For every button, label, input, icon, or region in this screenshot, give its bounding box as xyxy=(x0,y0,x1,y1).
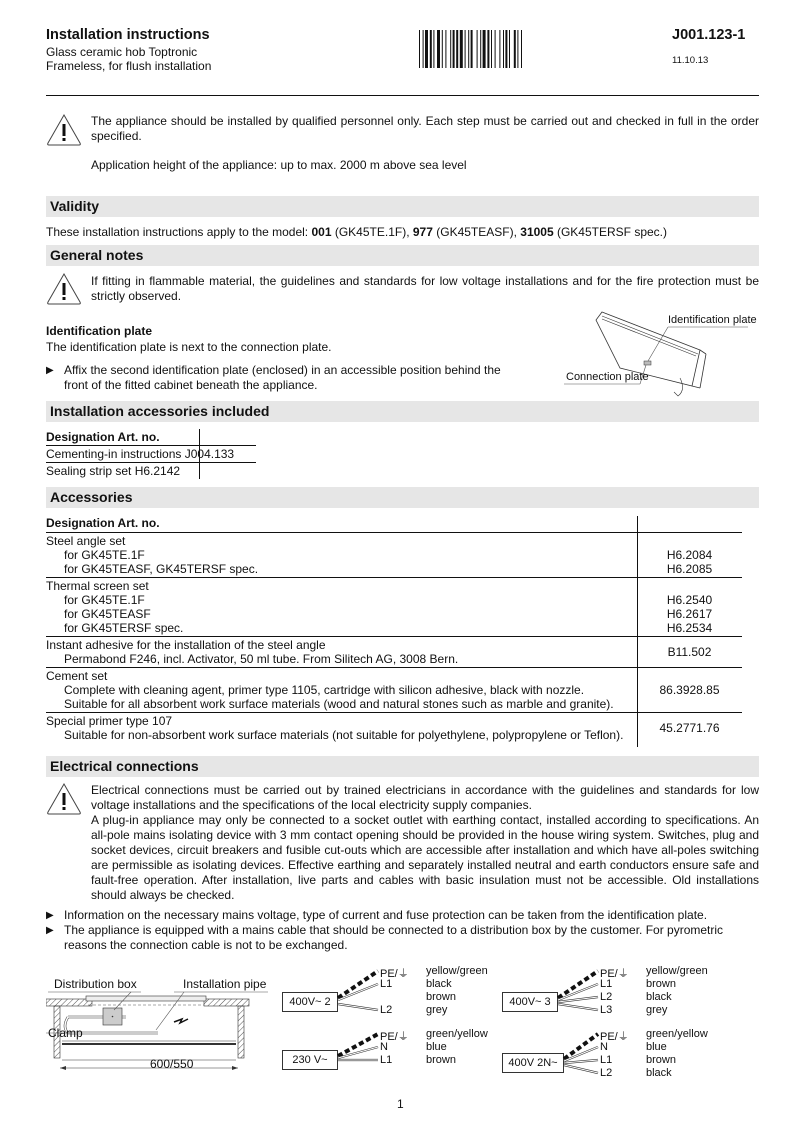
wire-terminal-label: N xyxy=(380,1041,388,1053)
section-header-general-notes: General notes xyxy=(46,245,759,266)
wire-color-label: black xyxy=(426,978,452,990)
wire-color-label: black xyxy=(646,991,672,1003)
wire-color-label: blue xyxy=(426,1041,447,1053)
wire-terminal-label: L1 xyxy=(600,1054,612,1066)
wire-terminal-label: L2 xyxy=(380,1004,392,1016)
wire-terminal-label: L2 xyxy=(600,991,612,1003)
clamp-label: Clamp xyxy=(48,1026,83,1040)
electrician-warning: Electrical connections must be carried o… xyxy=(91,783,759,813)
page-number: 1 xyxy=(397,1097,404,1112)
application-height-note: Application height of the appliance: up … xyxy=(91,158,759,173)
wire-color-label: brown xyxy=(646,978,676,990)
wire-terminal-label: N xyxy=(600,1041,608,1053)
bullet-arrow-icon: ▶ xyxy=(46,923,54,938)
flammable-material-warning: If fitting in flammable material, the gu… xyxy=(91,274,759,304)
section-header-accessories-included: Installation accessories included xyxy=(46,401,759,422)
document-subtitle-line-1: Glass ceramic hob Toptronic xyxy=(46,45,197,59)
wire-terminal-label: L1 xyxy=(380,1054,392,1066)
section-header-accessories: Accessories xyxy=(46,487,759,508)
wiring-diagram: 400V~ 2PE/⏚yellow/greenL1blackbrownL2gre… xyxy=(280,965,500,1025)
connection-plate-label: Connection plate xyxy=(566,371,649,383)
validity-text: These installation instructions apply to… xyxy=(46,225,667,240)
identification-plate-text: The identification plate is next to the … xyxy=(46,340,332,355)
distribution-box-label: Distribution box xyxy=(54,977,137,991)
wire-color-label: brown xyxy=(426,991,456,1003)
bullet-arrow-icon: ▶ xyxy=(46,363,54,378)
dimension-label: 600/550 xyxy=(150,1057,193,1071)
table-column-divider xyxy=(637,516,638,747)
wire-terminal-label: L1 xyxy=(380,978,392,990)
wire-color-label: black xyxy=(646,1067,672,1079)
table-row: Cementing-in instructions J004.133 xyxy=(46,446,256,463)
earthing-requirements-text: A plug-in appliance may only be connecte… xyxy=(91,813,759,903)
wiring-diagram: 230 V~PE/⏚green/yellowNblueL1brown xyxy=(280,1028,500,1088)
included-accessories-table: Designation Art. no. Cementing-in instru… xyxy=(46,429,256,479)
installation-pipe-label: Installation pipe xyxy=(183,977,266,991)
document-date: 11.10.13 xyxy=(672,55,708,66)
wire-color-label: brown xyxy=(646,1054,676,1066)
wire-terminal-label: L2 xyxy=(600,1067,612,1079)
barcode xyxy=(419,30,594,68)
wire-terminal-label: L3 xyxy=(600,1004,612,1016)
qualified-personnel-warning: The appliance should be installed by qua… xyxy=(91,114,759,144)
wire-color-label: grey xyxy=(646,1004,667,1016)
section-header-validity: Validity xyxy=(46,196,759,217)
wire-terminal-label: L1 xyxy=(600,978,612,990)
mains-voltage-info: ▶ Information on the necessary mains vol… xyxy=(46,908,759,923)
mains-cable-info: ▶ The appliance is equipped with a mains… xyxy=(46,923,759,953)
wiring-diagram: 400V~ 3PE/⏚yellow/greenL1brownL2blackL3g… xyxy=(500,965,720,1025)
wire-color-label: blue xyxy=(646,1041,667,1053)
wire-color-label: brown xyxy=(426,1054,456,1066)
document-subtitle-line-2: Frameless, for flush installation xyxy=(46,59,211,73)
wiring-diagram: 400V 2N~PE/⏚green/yellowNblueL1brownL2bl… xyxy=(500,1028,720,1088)
wire-color-label: yellow/green xyxy=(426,965,488,977)
header-divider xyxy=(46,95,759,96)
identification-plate-label: Identification plate xyxy=(668,314,757,326)
affix-plate-instruction: ▶ Affix the second identification plate … xyxy=(46,363,516,393)
wire-color-label: yellow/green xyxy=(646,965,708,977)
wire-color-label: green/yellow xyxy=(426,1028,488,1040)
warning-icon xyxy=(46,272,82,306)
table-row: Sealing strip set H6.2142 xyxy=(46,463,256,479)
wire-color-label: grey xyxy=(426,1004,447,1016)
document-number: J001.123-1 xyxy=(672,27,745,43)
section-header-electrical-connections: Electrical connections xyxy=(46,756,759,777)
table-header: Designation Art. no. xyxy=(46,429,256,446)
warning-icon xyxy=(46,113,82,147)
table-column-divider xyxy=(199,429,200,479)
wire-color-label: green/yellow xyxy=(646,1028,708,1040)
warning-icon xyxy=(46,782,82,816)
identification-plate-heading: Identification plate xyxy=(46,324,152,339)
bullet-arrow-icon: ▶ xyxy=(46,908,54,923)
document-title: Installation instructions xyxy=(46,27,210,43)
